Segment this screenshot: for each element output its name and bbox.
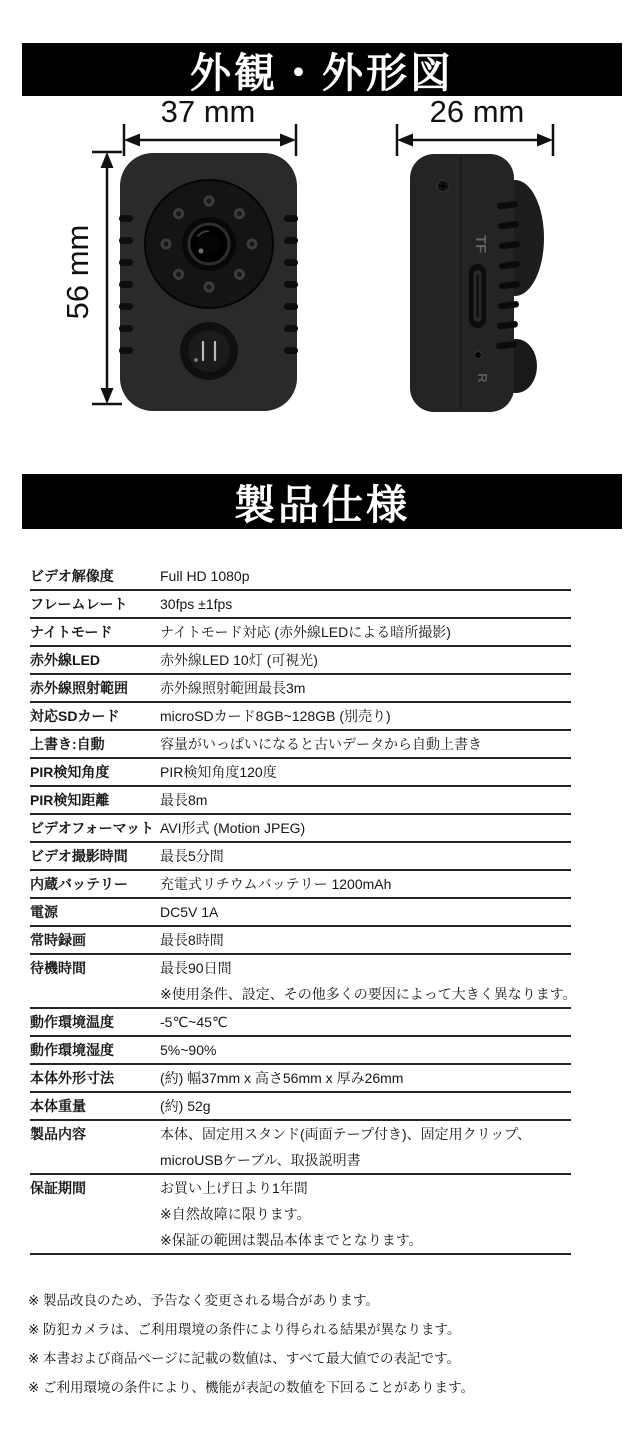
spec-row-value: 最長8m (160, 786, 571, 814)
spec-row: ビデオ撮影時間最長5分間 (30, 842, 571, 870)
spec-row: 製品内容本体、固定用スタンド(両面テープ付き)、固定用クリップ、microUSB… (30, 1120, 571, 1174)
reset-hole (475, 352, 482, 359)
spec-row-label: ナイトモード (30, 618, 160, 646)
spec-section-banner: 製品仕様 (22, 474, 622, 529)
spec-row-label: 動作環境温度 (30, 1008, 160, 1036)
spec-row-value: 最長8時間 (160, 926, 571, 954)
spec-row: 赤外線LED赤外線LED 10灯 (可視光) (30, 646, 571, 674)
tf-marking-label: TF (472, 235, 489, 253)
spec-row: 動作環境温度-5℃~45℃ (30, 1008, 571, 1036)
spec-row: 電源DC5V 1A (30, 898, 571, 926)
spec-row-label: 本体重量 (30, 1092, 160, 1120)
spec-row-value: PIR検知角度120度 (160, 758, 571, 786)
spec-row-value: 赤外線LED 10灯 (可視光) (160, 646, 571, 674)
spec-row: 上書き:自動容量がいっぱいになると古いデータから自動上書き (30, 730, 571, 758)
appearance-section-banner: 外観・外形図 (22, 43, 622, 96)
spec-row-value: AVI形式 (Motion JPEG) (160, 814, 571, 842)
spec-row-label: 待機時間 (30, 954, 160, 1008)
spec-row-value: DC5V 1A (160, 898, 571, 926)
pir-sensor (180, 322, 238, 380)
spec-row-value: 赤外線照射範囲最長3m (160, 674, 571, 702)
spec-row-value: -5℃~45℃ (160, 1008, 571, 1036)
spec-row-label: 赤外線照射範囲 (30, 674, 160, 702)
spec-row-value: 充電式リチウムバッテリー 1200mAh (160, 870, 571, 898)
spec-row-value: お買い上げ日より1年間※自然故障に限ります。※保証の範囲は製品本体までとなります… (160, 1174, 571, 1254)
spec-row-label: 内蔵バッテリー (30, 870, 160, 898)
spec-row-label: 動作環境湿度 (30, 1036, 160, 1064)
spec-row-value: 30fps ±1fps (160, 590, 571, 618)
spec-row-label: PIR検知距離 (30, 786, 160, 814)
spec-row: ビデオ解像度Full HD 1080p (30, 563, 571, 590)
spec-row: 動作環境湿度5%~90% (30, 1036, 571, 1064)
spec-row: PIR検知角度PIR検知角度120度 (30, 758, 571, 786)
footnote-item: ※ 防犯カメラは、ご利用環境の条件により得られる結果が異なります。 (28, 1315, 628, 1344)
spec-row-label: 製品内容 (30, 1120, 160, 1174)
footnote-item: ※ 本書および商品ページに記載の数値は、すべて最大値での表記です。 (28, 1344, 628, 1373)
spec-row-label: フレームレート (30, 590, 160, 618)
spec-row-label: 本体外形寸法 (30, 1064, 160, 1092)
spec-row: フレームレート30fps ±1fps (30, 590, 571, 618)
spec-row-label: ビデオ撮影時間 (30, 842, 160, 870)
camera-lens (182, 217, 236, 271)
footnote-item: ※ ご利用環境の条件により、機能が表記の数値を下回ることがあります。 (28, 1373, 628, 1402)
screw (437, 180, 449, 192)
spec-row: 常時録画最長8時間 (30, 926, 571, 954)
spec-row: 対応SDカードmicroSDカード8GB~128GB (別売り) (30, 702, 571, 730)
spec-row-label: ビデオフォーマット (30, 814, 160, 842)
spec-row-value: (約) 52g (160, 1092, 571, 1120)
spec-row-label: ビデオ解像度 (30, 563, 160, 590)
spec-row: 待機時間最長90日間※使用条件、設定、その他多くの要因によって大きく異なります。 (30, 954, 571, 1008)
front-view-photo (118, 152, 300, 412)
spec-table-body: ビデオ解像度Full HD 1080pフレームレート30fps ±1fpsナイト… (30, 563, 571, 1254)
spec-table: ビデオ解像度Full HD 1080pフレームレート30fps ±1fpsナイト… (30, 563, 571, 1255)
spec-section-title: 製品仕様 (234, 472, 410, 531)
spec-row-value: 容量がいっぱいになると古いデータから自動上書き (160, 730, 571, 758)
spec-row-value: 最長90日間※使用条件、設定、その他多くの要因によって大きく異なります。 (160, 954, 571, 1008)
spec-row: 本体外形寸法(約) 幅37mm x 高さ56mm x 厚み26mm (30, 1064, 571, 1092)
spec-row: 本体重量(約) 52g (30, 1092, 571, 1120)
product-spec-page: 外観・外形図 37 mm 26 mm 56 mm (0, 0, 640, 1454)
spec-row-value: (約) 幅37mm x 高さ56mm x 厚み26mm (160, 1064, 571, 1092)
spec-row: PIR検知距離最長8m (30, 786, 571, 814)
spec-row: ビデオフォーマットAVI形式 (Motion JPEG) (30, 814, 571, 842)
reset-marking-label: R (475, 373, 490, 383)
spec-row-label: 上書き:自動 (30, 730, 160, 758)
spec-row: ナイトモードナイトモード対応 (赤外線LEDによる暗所撮影) (30, 618, 571, 646)
spec-row-value: 最長5分間 (160, 842, 571, 870)
footnotes-list: ※ 製品改良のため、予告なく変更される場合があります。※ 防犯カメラは、ご利用環… (28, 1286, 628, 1402)
spec-row-label: 対応SDカード (30, 702, 160, 730)
spec-row-value: Full HD 1080p (160, 563, 571, 590)
spec-row-value: 本体、固定用スタンド(両面テープ付き)、固定用クリップ、microUSBケーブル… (160, 1120, 571, 1174)
spec-row: 内蔵バッテリー充電式リチウムバッテリー 1200mAh (30, 870, 571, 898)
tf-card-slot (469, 264, 486, 328)
appearance-section-title: 外観・外形図 (190, 40, 454, 99)
spec-row-value: ナイトモード対応 (赤外線LEDによる暗所撮影) (160, 618, 571, 646)
spec-row-label: PIR検知角度 (30, 758, 160, 786)
footnote-item: ※ 製品改良のため、予告なく変更される場合があります。 (28, 1286, 628, 1315)
spec-row-value: microSDカード8GB~128GB (別売り) (160, 702, 571, 730)
spec-row: 保証期間お買い上げ日より1年間※自然故障に限ります。※保証の範囲は製品本体までと… (30, 1174, 571, 1254)
side-view-photo: TF R (405, 152, 557, 414)
spec-row: 赤外線照射範囲赤外線照射範囲最長3m (30, 674, 571, 702)
spec-row-value: 5%~90% (160, 1036, 571, 1064)
spec-row-label: 常時録画 (30, 926, 160, 954)
spec-row-label: 赤外線LED (30, 646, 160, 674)
spec-row-label: 電源 (30, 898, 160, 926)
spec-row-label: 保証期間 (30, 1174, 160, 1254)
